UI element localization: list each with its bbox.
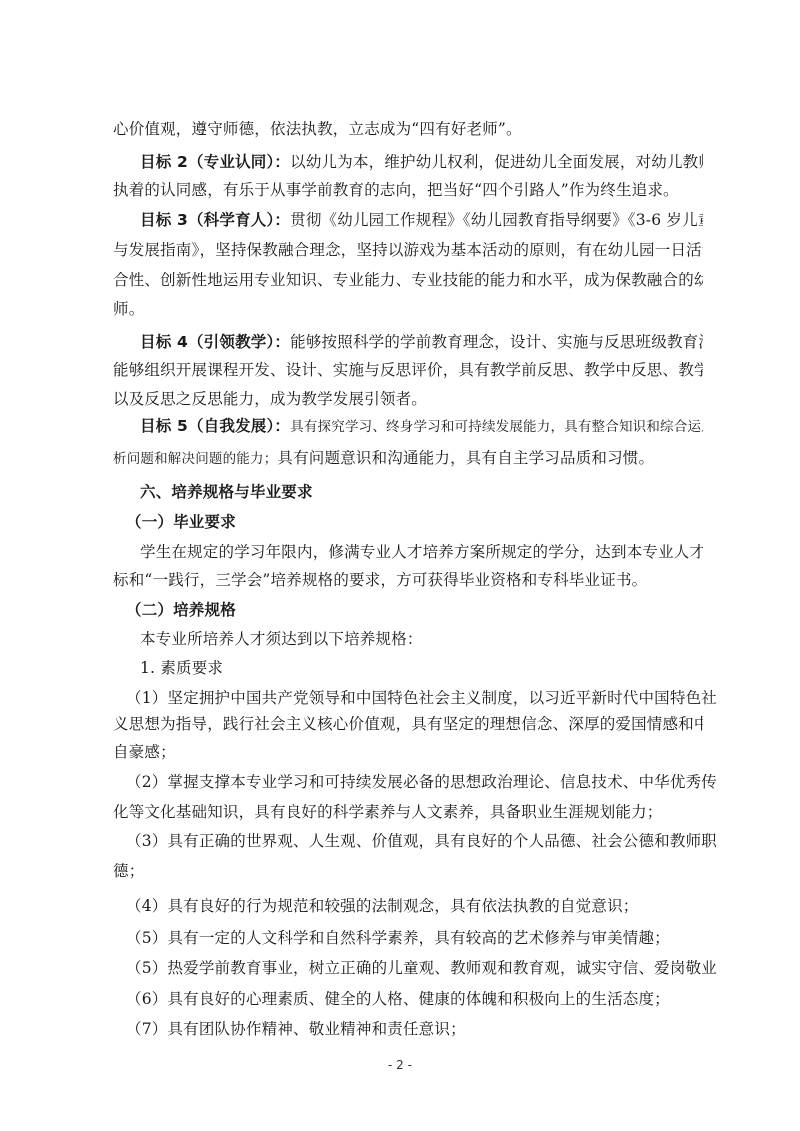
- line-text: 能够按照科学的学前教育理念，设计、实施与反思班级教育活动方案，: [290, 333, 703, 351]
- line-text: （6）具有良好的心理素质、健全的人格、健康的体魄和积极向上的生活态度；: [126, 990, 670, 1008]
- line-text-small: 析问题和解决问题的能力；: [113, 451, 277, 467]
- list-item: （1）坚定拥护中国共产党领导和中国特色社会主义制度，以习近平新时代中国特色社会主: [126, 688, 716, 708]
- line-text: （3）具有正确的世界观、人生观、价值观，具有良好的个人品德、社会公德和教师职业道: [126, 832, 716, 850]
- line-text: 以及反思之反思能力，成为教学发展引领者。: [113, 390, 427, 408]
- page-number: - 2 -: [0, 1058, 800, 1072]
- paragraph-line: 合性、创新性地运用专业知识、专业能力、专业技能的能力和水平，成为保教融合的幼儿园…: [113, 270, 703, 290]
- paragraph-line: 学生在规定的学习年限内，修满专业人才培养方案所规定的学分，达到本专业人才培养目: [140, 542, 703, 562]
- goal-2-line: 目标 2（专业认同）：以幼儿为本，维护幼儿权利，促进幼儿全面发展，对幼儿教师职业…: [140, 152, 703, 172]
- goal-2-label: 目标 2（专业认同）：: [140, 153, 290, 171]
- list-item: （5）热爱学前教育事业，树立正确的儿童观、教师观和教育观，诚实守信、爱岗敬业；: [126, 958, 716, 978]
- line-text: 标和“一践行，三学会”培养规格的要求，方可获得毕业资格和专科毕业证书。: [113, 571, 647, 589]
- line-text: 与发展指南》，坚持保教融合理念，坚持以游戏为基本活动的原则，有在幼儿园一日活动中…: [113, 241, 703, 259]
- goal-4-label: 目标 4（引领教学）：: [140, 333, 290, 351]
- paragraph-line: 师。: [113, 299, 703, 319]
- line-text: （7）具有团队协作精神、敬业精神和责任意识；: [126, 1020, 466, 1038]
- line-text: （5）热爱学前教育事业，树立正确的儿童观、教师观和教育观，诚实守信、爱岗敬业；: [126, 959, 716, 977]
- line-text: 化等文化基础知识，具有良好的科学素养与人文素养，具备职业生涯规划能力；: [113, 803, 663, 821]
- paragraph-line: 析问题和解决问题的能力；具有问题意识和沟通能力，具有自主学习品质和习惯。: [113, 448, 703, 469]
- paragraph-line: 执着的认同感，有乐于从事学前教育的志向，把当好“四个引路人”作为终生追求。: [113, 180, 703, 200]
- line-text: 本专业所培养人才须达到以下培养规格：: [140, 630, 423, 648]
- paragraph-line: 心价值观，遵守师德，依法执教，立志成为“四有好老师”。: [113, 119, 703, 139]
- line-text: 德；: [113, 862, 144, 880]
- paragraph-line: 与发展指南》，坚持保教融合理念，坚持以游戏为基本活动的原则，有在幼儿园一日活动中…: [113, 240, 703, 260]
- goal-5-label: 目标 5（自我发展）：: [140, 417, 290, 435]
- section-heading: 六、培养规格与毕业要求: [140, 482, 703, 502]
- line-text: （5）具有一定的人文科学和自然科学素养，具有较高的艺术修养与审美情趣；: [126, 929, 670, 947]
- line-text: 自豪感；: [113, 743, 176, 761]
- line-text: 合性、创新性地运用专业知识、专业能力、专业技能的能力和水平，成为保教融合的幼儿园…: [113, 271, 703, 289]
- list-item: （6）具有良好的心理素质、健全的人格、健康的体魄和积极向上的生活态度；: [126, 989, 716, 1009]
- line-text: 具有问题意识和沟通能力，具有自主学习品质和习惯。: [277, 449, 654, 467]
- line-text: 具有探究学习、终身学习和可持续发展能力，具有整合知识和综合运用知识分: [290, 419, 703, 435]
- paragraph-line: 标和“一践行，三学会”培养规格的要求，方可获得毕业资格和专科毕业证书。: [113, 570, 703, 590]
- goal-5-line: 目标 5（自我发展）：具有探究学习、终身学习和可持续发展能力，具有整合知识和综合…: [140, 416, 703, 437]
- list-item: （4）具有良好的行为规范和较强的法制观念，具有依法执教的自觉意识；: [126, 896, 716, 916]
- list-item: （3）具有正确的世界观、人生观、价值观，具有良好的个人品德、社会公德和教师职业道: [126, 831, 716, 851]
- line-text: 贯彻《幼儿园工作规程》《幼儿园教育指导纲要》《3-6 岁儿童学习: [290, 211, 703, 229]
- list-item: （5）具有一定的人文科学和自然科学素养，具有较高的艺术修养与审美情趣；: [126, 928, 716, 948]
- line-text: 义思想为指导，践行社会主义核心价值观，具有坚定的理想信念、深厚的爱国情感和中华民…: [113, 715, 703, 733]
- line-text: 师。: [113, 300, 144, 318]
- goal-3-label: 目标 3（科学育人）：: [140, 211, 290, 229]
- goal-3-line: 目标 3（科学育人）：贯彻《幼儿园工作规程》《幼儿园教育指导纲要》《3-6 岁儿…: [140, 210, 703, 230]
- list-item: （2）掌握支撑本专业学习和可持续发展必备的思想政治理论、信息技术、中华优秀传统文: [126, 772, 716, 792]
- list-heading: 1. 素质要求: [140, 658, 703, 678]
- paragraph-line: 义思想为指导，践行社会主义核心价值观，具有坚定的理想信念、深厚的爱国情感和中华民…: [113, 714, 703, 734]
- subsection-heading-graduation: （一）毕业要求: [126, 512, 716, 532]
- list-item: （7）具有团队协作精神、敬业精神和责任意识；: [126, 1019, 716, 1039]
- line-text: （4）具有良好的行为规范和较强的法制观念，具有依法执教的自觉意识；: [126, 897, 638, 915]
- paragraph-line: 本专业所培养人才须达到以下培养规格：: [140, 629, 703, 649]
- paragraph-line: 德；: [113, 861, 703, 881]
- paragraph-line: 自豪感；: [113, 742, 703, 762]
- line-text: 1. 素质要求: [140, 659, 223, 677]
- line-text: 能够组织开展课程开发、设计、实施与反思评价，具有教学前反思、教学中反思、教学后反…: [113, 361, 703, 379]
- goal-4-line: 目标 4（引领教学）：能够按照科学的学前教育理念，设计、实施与反思班级教育活动方…: [140, 332, 703, 352]
- paragraph-line: 化等文化基础知识，具有良好的科学素养与人文素养，具备职业生涯规划能力；: [113, 802, 703, 822]
- line-text: （2）掌握支撑本专业学习和可持续发展必备的思想政治理论、信息技术、中华优秀传统文: [126, 773, 716, 791]
- line-text: 执着的认同感，有乐于从事学前教育的志向，把当好“四个引路人”作为终生追求。: [113, 181, 679, 199]
- paragraph-line: 以及反思之反思能力，成为教学发展引领者。: [113, 389, 703, 409]
- paragraph-line: 能够组织开展课程开发、设计、实施与反思评价，具有教学前反思、教学中反思、教学后反…: [113, 360, 703, 380]
- line-text: 心价值观，遵守师德，依法执教，立志成为“四有好老师”。: [113, 120, 522, 138]
- line-text: 学生在规定的学习年限内，修满专业人才培养方案所规定的学分，达到本专业人才培养目: [140, 543, 703, 561]
- line-text: 以幼儿为本，维护幼儿权利，促进幼儿全面发展，对幼儿教师职业有: [290, 153, 703, 171]
- line-text: （1）坚定拥护中国共产党领导和中国特色社会主义制度，以习近平新时代中国特色社会主: [126, 689, 716, 707]
- subsection-heading-specs: （二）培养规格: [126, 600, 716, 620]
